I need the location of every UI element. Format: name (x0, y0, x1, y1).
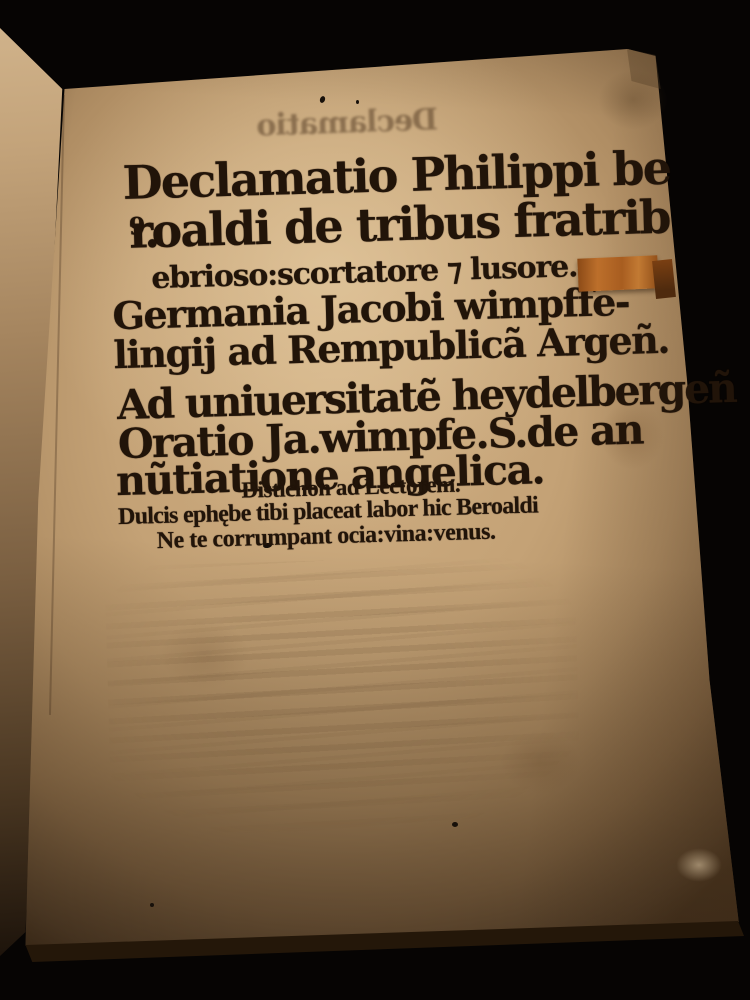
bookmark-tab-tip (652, 259, 676, 299)
title-line-2-period: . (143, 204, 159, 258)
book-photo-scene: Declamatio Declamatio Philippi be roaldi… (0, 0, 750, 1000)
title-line-2: roaldi de tribus fratrib9. (128, 204, 144, 258)
bookmark-tab (577, 255, 658, 291)
title-text-block: Declamatio Philippi be roaldi de tribus … (0, 0, 750, 1000)
